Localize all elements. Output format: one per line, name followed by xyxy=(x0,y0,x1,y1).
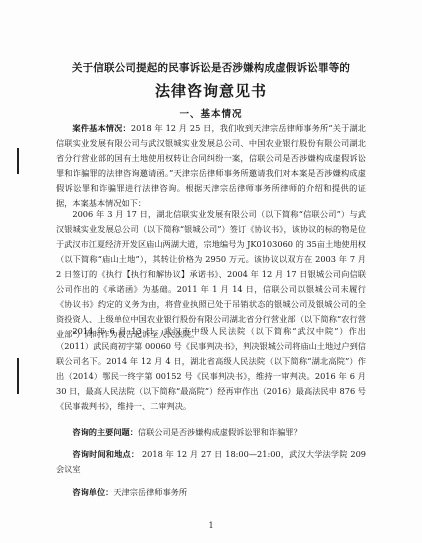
section-heading: 一、基本情况 xyxy=(0,106,422,120)
paragraph-text: 天津宗岳律师事务所 xyxy=(113,487,187,497)
paragraph-label: 咨询的主要问题： xyxy=(72,427,138,437)
margin-mark xyxy=(17,148,19,174)
document-title: 法律咨询意见书 xyxy=(0,80,422,101)
paragraph-agreement: 2006 年 3 月 17 日，湖北信联实业发展有限公司（以下简称“信联公司”）… xyxy=(56,207,366,342)
paragraph-consulting-unit: 咨询单位：天津宗岳律师事务所 xyxy=(56,485,366,500)
paragraph-label: 案件基本情况： xyxy=(72,123,130,133)
margin-mark xyxy=(17,358,19,394)
page-number: 1 xyxy=(0,521,422,530)
paragraph-case-basics: 案件基本情况：2018 年 12 月 25 日，我们收到天津宗岳律师事务所“关于… xyxy=(56,121,366,211)
paragraph-time-place: 咨询时间和地点： 2018 年 12 月 27 日 18:00—21:00，武汉… xyxy=(56,447,366,477)
paragraph-judgments: 2014 年 6 月 13 日，武汉市中级人民法院（以下简称“武汉中院”）作出（… xyxy=(56,324,366,414)
document-title-line1: 关于信联公司提起的民事诉讼是否涉嫌构成虚假诉讼罪等的 xyxy=(0,60,422,75)
paragraph-label: 咨询时间和地点： xyxy=(72,449,139,459)
paragraph-text: 2006 年 3 月 17 日，湖北信联实业发展有限公司（以下简称“信联公司”）… xyxy=(56,209,366,339)
paragraph-text: 2014 年 6 月 13 日，武汉市中级人民法院（以下简称“武汉中院”）作出（… xyxy=(56,326,366,411)
paragraph-main-question: 咨询的主要问题：信联公司是否涉嫌构成虚假诉讼罪和诈骗罪？ xyxy=(56,425,366,440)
paragraph-label: 咨询单位： xyxy=(72,487,113,497)
document-page: 关于信联公司提起的民事诉讼是否涉嫌构成虚假诉讼罪等的 法律咨询意见书 一、基本情… xyxy=(0,0,422,543)
paragraph-text: 信联公司是否涉嫌构成虚假诉讼罪和诈骗罪？ xyxy=(138,427,302,437)
paragraph-text: 2018 年 12 月 25 日，我们收到天津宗岳律师事务所“关于湖北信联实业发… xyxy=(56,123,366,208)
